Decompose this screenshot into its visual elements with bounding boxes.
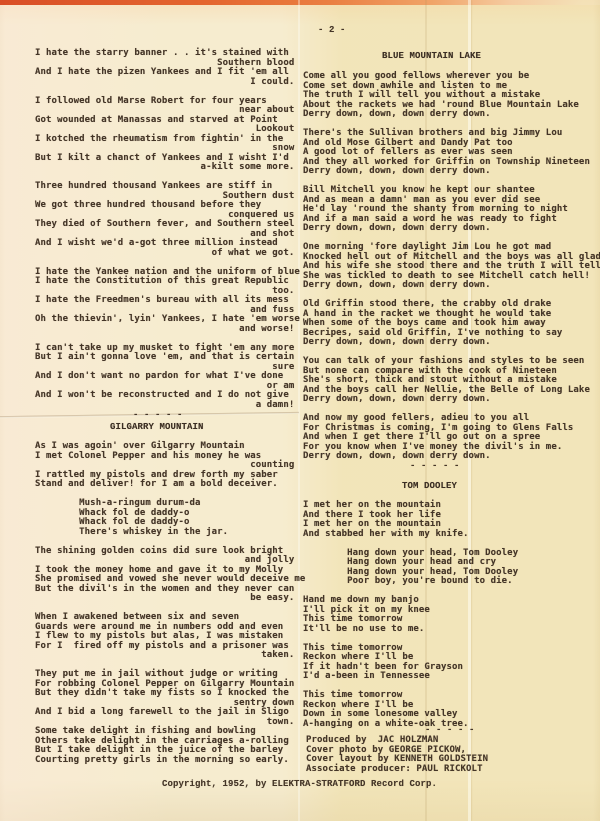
song-title-blue-mountain-lake: BLUE MOUNTAIN LAKE (382, 52, 481, 62)
song-lyrics-blue-mountain-lake: Come all you good fellows wherever you b… (303, 72, 600, 462)
scan-edge-strip (0, 0, 600, 5)
song-lyrics-unreconstructed: I hate the starry banner . . it's staine… (35, 49, 300, 410)
section-divider: - - - - - (133, 411, 183, 421)
section-divider: - - - - - (410, 462, 460, 472)
scanned-lyrics-page: - 2 - I hate the starry banner . . it's … (0, 0, 600, 821)
song-title-gilgarry-mountain: GILGARRY MOUNTAIN (110, 423, 204, 433)
page-number: - 2 - (318, 26, 346, 36)
song-lyrics-gilgarry-mountain: As I was agoin' over Gilgarry Mountain I… (35, 442, 305, 765)
production-credits: Produced by JAC HOLZMAN Cover photo by G… (306, 736, 488, 774)
song-lyrics-tom-dooley: I met her on the mountain And there I to… (303, 501, 518, 729)
song-title-tom-dooley: TOM DOOLEY (402, 482, 457, 492)
copyright-line: Copyright, 1952, by ELEKTRA-STRATFORD Re… (162, 780, 437, 790)
